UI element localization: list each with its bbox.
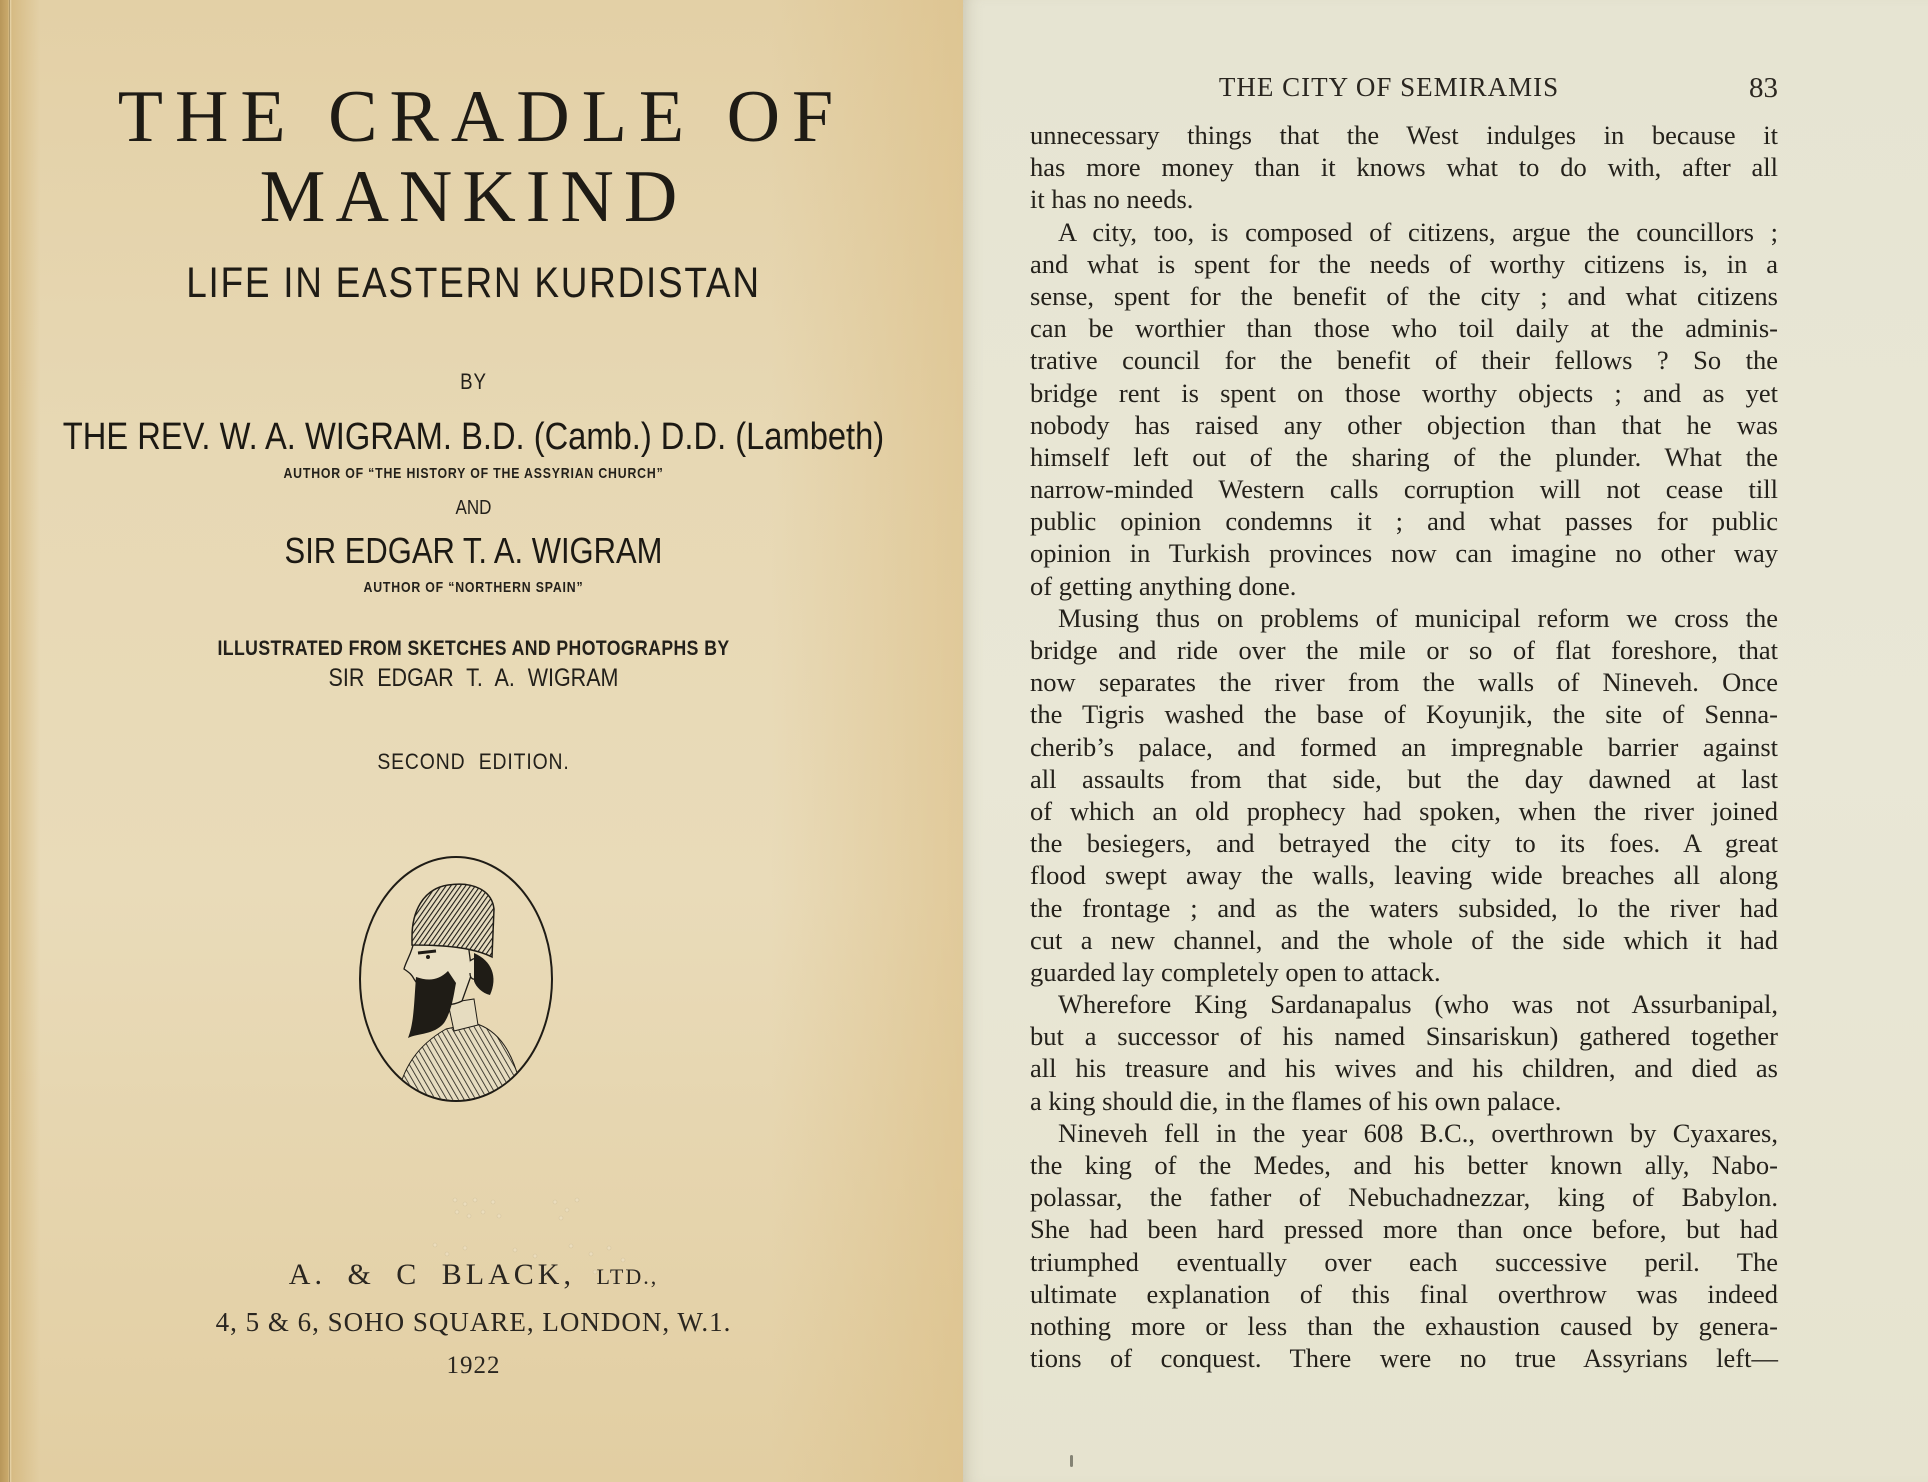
author-2-credit: AUTHOR OF “NORTHERN SPAIN” bbox=[79, 579, 869, 596]
text-line: nothing more or less than the exhaustion… bbox=[1030, 1310, 1778, 1342]
publisher-name: A. & C BLACK, LTD., bbox=[0, 1258, 955, 1292]
book-subtitle: LIFE IN EASTERN KURDISTAN bbox=[59, 262, 887, 305]
text-line: but a successor of his named Sinsariskun… bbox=[1030, 1020, 1778, 1052]
text-line: narrow-minded Western calls corruption w… bbox=[1030, 473, 1778, 505]
text-line: has more money than it knows what to do … bbox=[1030, 151, 1778, 183]
text-line: triumphed eventually over each successiv… bbox=[1030, 1246, 1778, 1278]
text-line: public opinion condemns it ; and what pa… bbox=[1030, 505, 1778, 537]
text-line: cherib’s palace, and formed an impregnab… bbox=[1030, 731, 1778, 763]
text-line: the Tigris washed the base of Koyunjik, … bbox=[1030, 698, 1778, 730]
text-line: of getting anything done. bbox=[1030, 570, 1778, 602]
page-number: 83 bbox=[1749, 72, 1778, 105]
text-line: cut a new channel, and the whole of the … bbox=[1030, 924, 1778, 956]
author-2: SIR EDGAR T. A. WIGRAM bbox=[59, 530, 887, 572]
author-1-credit: AUTHOR OF “THE HISTORY OF THE ASSYRIAN C… bbox=[79, 465, 869, 482]
publisher-suffix: LTD., bbox=[596, 1264, 658, 1289]
text-line: unnecessary things that the West indulge… bbox=[1030, 119, 1778, 151]
text-line: all his treasure and his wives and his c… bbox=[1030, 1052, 1778, 1084]
publisher-address: 4, 5 & 6, SOHO SQUARE, LONDON, W.1. bbox=[0, 1307, 955, 1338]
book-title-line-1: THE CRADLE OF bbox=[0, 80, 963, 154]
publication-year: 1922 bbox=[0, 1352, 955, 1380]
body-text: unnecessary things that the West indulge… bbox=[1030, 119, 1778, 1374]
running-header: THE CITY OF SEMIRAMIS 83 bbox=[1000, 70, 1778, 104]
text-line: polassar, the father of Nebuchadnezzar, … bbox=[1030, 1181, 1778, 1213]
text-line: guarded lay completely open to attack. bbox=[1030, 956, 1778, 988]
text-line: tions of conquest. There were no true As… bbox=[1030, 1342, 1778, 1374]
text-line: sense, spent for the benefit of the city… bbox=[1030, 280, 1778, 312]
text-line: the frontage ; and as the waters subside… bbox=[1030, 892, 1778, 924]
text-line: and what is spent for the needs of worth… bbox=[1030, 248, 1778, 280]
text-line: a king should die, in the flames of his … bbox=[1030, 1085, 1778, 1117]
text-line: Nineveh fell in the year 608 B.C., overt… bbox=[1030, 1117, 1778, 1149]
text-line: it has no needs. bbox=[1030, 183, 1778, 215]
text-line: now separates the river from the walls o… bbox=[1030, 666, 1778, 698]
text-line: himself left out of the sharing of the p… bbox=[1030, 441, 1778, 473]
text-line: bridge rent is spent on those worthy obj… bbox=[1030, 377, 1778, 409]
illustrator-credit-line-2: SIR EDGAR T. A. WIGRAM bbox=[59, 664, 887, 693]
book-title-line-2: MANKIND bbox=[0, 160, 955, 234]
text-line: flood swept away the walls, leaving wide… bbox=[1030, 859, 1778, 891]
illustrator-credit-line-1: ILLUSTRATED FROM SKETCHES AND PHOTOGRAPH… bbox=[69, 637, 878, 661]
by-label: BY bbox=[64, 369, 883, 395]
text-line: opinion in Turkish provinces now can ima… bbox=[1030, 537, 1778, 569]
running-title: THE CITY OF SEMIRAMIS bbox=[1000, 72, 1778, 103]
text-line: She had been hard pressed more than once… bbox=[1030, 1213, 1778, 1245]
text-line: bridge and ride over the mile or so of f… bbox=[1030, 634, 1778, 666]
text-line: nobody has raised any other objection th… bbox=[1030, 409, 1778, 441]
text-line: ultimate explanation of this final overt… bbox=[1030, 1278, 1778, 1310]
title-page: THE CRADLE OF MANKIND LIFE IN EASTERN KU… bbox=[0, 0, 963, 1482]
publisher-main: A. & C BLACK, bbox=[289, 1258, 597, 1291]
text-line: Wherefore King Sardanapalus (who was not… bbox=[1030, 988, 1778, 1020]
text-line: of which an old prophecy had spoken, whe… bbox=[1030, 795, 1778, 827]
text-line: trative council for the benefit of their… bbox=[1030, 344, 1778, 376]
text-line: Musing thus on problems of municipal ref… bbox=[1030, 602, 1778, 634]
edition-label: SECOND EDITION. bbox=[50, 749, 897, 775]
text-line: A city, too, is composed of citizens, ar… bbox=[1030, 216, 1778, 248]
text-line: the king of the Medes, and his better kn… bbox=[1030, 1149, 1778, 1181]
text-line: the besiegers, and betrayed the city to … bbox=[1030, 827, 1778, 859]
portrait-illustration-icon bbox=[356, 853, 556, 1105]
and-label: AND bbox=[64, 497, 883, 520]
paper-speck bbox=[1070, 1455, 1073, 1467]
text-line: all assaults from that side, but the day… bbox=[1030, 763, 1778, 795]
author-1: THE REV. W. A. WIGRAM. B.D. (Camb.) D.D.… bbox=[59, 416, 887, 459]
text-line: can be worthier than those who toil dail… bbox=[1030, 312, 1778, 344]
